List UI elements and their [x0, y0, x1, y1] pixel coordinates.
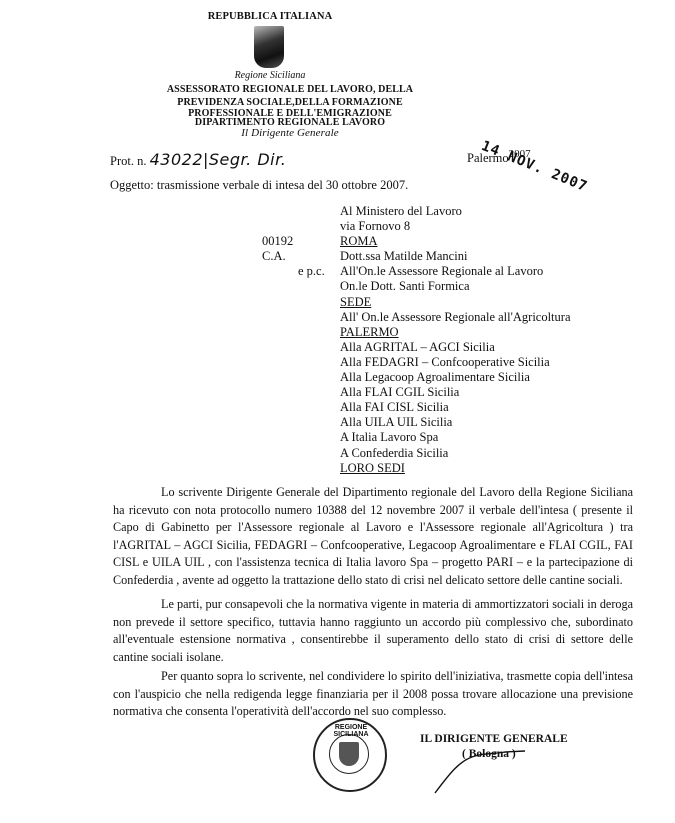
protocol-label: Prot. n.: [110, 154, 146, 168]
postal-code: 00192: [262, 234, 293, 249]
subject-line: Oggetto: trasmissione verbale di intesa …: [110, 178, 408, 193]
paragraph-1: Lo scrivente Dirigente Generale del Dipa…: [113, 484, 633, 590]
signatory-title: IL DIRIGENTE GENERALE: [420, 733, 568, 745]
signature-icon: [430, 748, 530, 798]
recipient-line: Alla AGRITAL – AGCI Sicilia: [340, 340, 571, 355]
recipient-line: Alla UILA UIL Sicilia: [340, 415, 571, 430]
recipient-line: ROMA: [340, 234, 571, 249]
recipient-line: On.le Dott. Santi Formica: [340, 279, 571, 294]
date-stamp: 14 NOV. 2007: [479, 138, 590, 195]
recipient-line: Alla Legacoop Agroalimentare Sicilia: [340, 370, 571, 385]
recipient-line: via Fornovo 8: [340, 219, 571, 234]
recipient-line: Al Ministero del Lavoro: [340, 204, 571, 219]
recipient-line: Alla FEDAGRI – Confcooperative Sicilia: [340, 355, 571, 370]
recipient-line: Alla FAI CISL Sicilia: [340, 400, 571, 415]
header-line-2: PREVIDENZA SOCIALE,DELLA FORMAZIONE: [30, 97, 550, 108]
office-title: Il Dirigente Generale: [30, 128, 550, 139]
protocol-handwritten: 43022|Segr. Dir.: [150, 150, 287, 169]
recipient-line: Alla FLAI CGIL Sicilia: [340, 385, 571, 400]
republic-heading: REPUBBLICA ITALIANA: [0, 11, 540, 22]
protocol-number: Prot. n. 43022|Segr. Dir.: [110, 150, 286, 169]
seal-text: REGIONE SICILIANA: [321, 724, 381, 738]
recipient-line: SEDE: [340, 295, 571, 310]
regional-emblem-icon: [254, 26, 284, 68]
recipient-line: A Confederdia Sicilia: [340, 446, 571, 461]
ca-label: C.A.: [262, 249, 286, 264]
epc-label: e p.c.: [298, 264, 325, 279]
seal-shield-icon: [339, 742, 359, 766]
recipient-line: All' On.le Assessore Regionale all'Agric…: [340, 310, 571, 325]
paragraph-2: Le parti, pur consapevoli che la normati…: [113, 596, 633, 666]
recipient-line: Dott.ssa Matilde Mancini: [340, 249, 571, 264]
recipient-line: LORO SEDI: [340, 461, 571, 476]
recipient-line: PALERMO: [340, 325, 571, 340]
official-seal-icon: REGIONE SICILIANA: [313, 718, 387, 792]
recipient-line: All'On.le Assessore Regionale al Lavoro: [340, 264, 571, 279]
paragraph-3: Per quanto sopra lo scrivente, nel condi…: [113, 668, 633, 721]
header-line-1: ASSESSORATO REGIONALE DEL LAVORO, DELLA: [30, 84, 550, 95]
recipients-list: Al Ministero del Lavorovia Fornovo 8ROMA…: [340, 204, 571, 476]
recipient-line: A Italia Lavoro Spa: [340, 430, 571, 445]
region-name-script: Regione Siciliana: [0, 70, 540, 81]
